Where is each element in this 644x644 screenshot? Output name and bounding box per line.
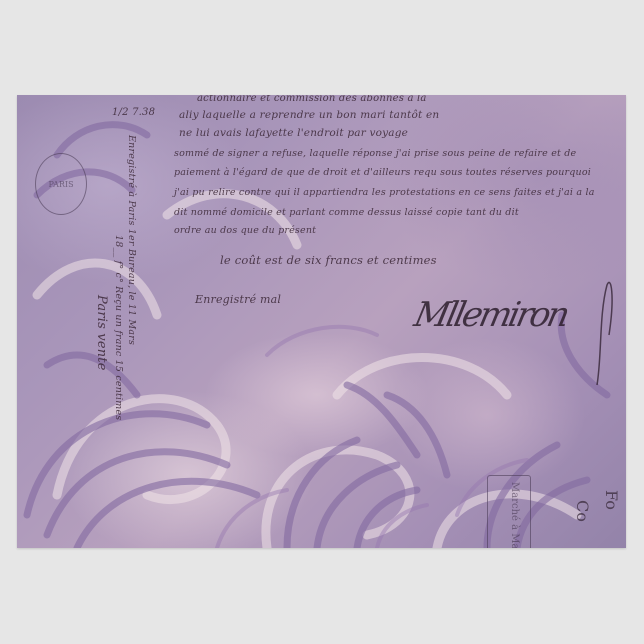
rectangular-stamp-text: Marché à Ma Contrib [509, 482, 520, 548]
vertical-text-column-2: 18__ f° c° Reçu un franc 15 centimes [113, 235, 124, 420]
signature-flourish [587, 275, 617, 395]
script-line-9: le coût est de six francs et centimes [220, 253, 437, 267]
rectangular-stamp: Marché à Ma Contrib [487, 475, 531, 548]
postmark-stamp-text: PARIS [48, 180, 73, 189]
vertical-text-column-1: Enregistré à Paris 1er Bureau, le 11 Mar… [126, 135, 137, 345]
script-line-7: dit nommé domicile et parlant comme dess… [174, 207, 519, 218]
handwritten-signature: Mllemiron [411, 295, 571, 335]
vertical-text-left-edge: Paris vente [94, 295, 109, 371]
script-line-4: sommé de signer a refuse, laquelle répon… [174, 148, 576, 159]
script-line-2: aliy laquelle a reprendre un bon mari ta… [179, 109, 439, 121]
corner-letters-2: Fo [602, 490, 621, 510]
note-top-left: 1/2 7.38 [112, 107, 155, 118]
script-line-8: ordre au dos que du présent [174, 225, 316, 236]
script-line-1: actionnaire et commission des abonnés a … [197, 95, 427, 104]
note-mid-phrase: Enregistré mal [195, 293, 281, 306]
script-line-6: j'ai pu relire contre qui il appartiendr… [174, 187, 595, 198]
corner-letters-1: Co [573, 500, 592, 522]
script-line-5: paiement à l'égard de que de droit et d'… [174, 167, 591, 178]
postmark-stamp: PARIS [35, 153, 87, 215]
script-line-3: ne lui avais lafayette l'endroit par voy… [179, 127, 408, 139]
vintage-paper-sheet: actionnaire et commission des abonnés a … [17, 95, 626, 548]
